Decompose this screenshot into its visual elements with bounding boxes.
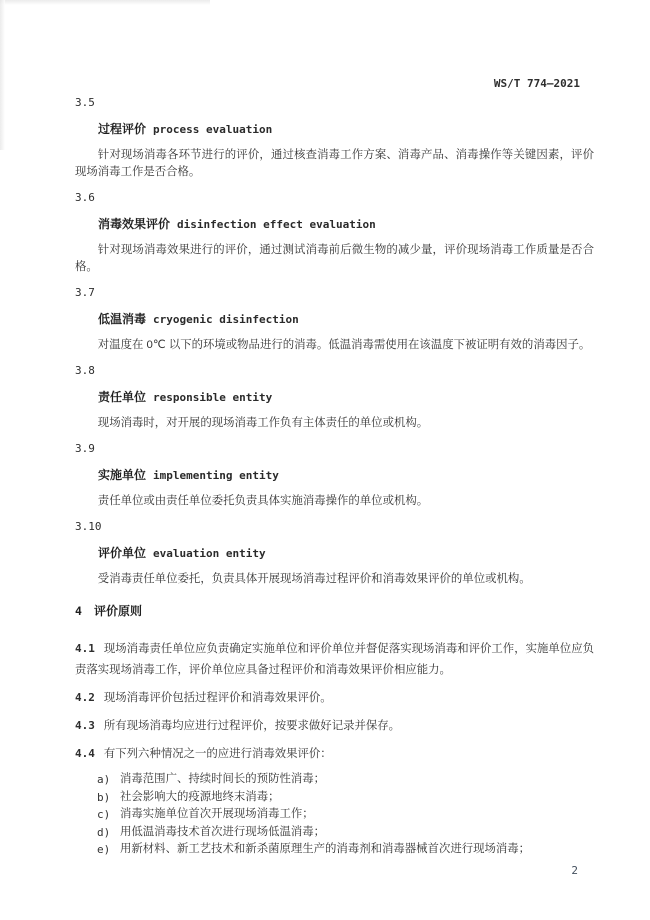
term-title: 责任单位responsible entity [75,389,594,406]
term-zh: 评价单位 [98,546,146,560]
list-marker: b) [97,789,120,807]
terms-section: 3.5 过程评价process evaluation 针对现场消毒各环节进行的评… [75,96,594,588]
list-text: 用低温消毒技术首次进行现场低温消毒； [120,824,325,842]
term-zh: 责任单位 [98,390,146,404]
term-definition: 受消毒责任单位委托，负责具体开展现场消毒过程评价和消毒效果评价的单位或机构。 [75,571,594,588]
list-marker: e) [97,841,120,859]
list-item-d: d)用低温消毒技术首次进行现场低温消毒； [75,824,594,842]
term-entry-3-7: 3.7 低温消毒cryogenic disinfection 对温度在 0℃ 以… [75,286,594,354]
term-definition: 针对现场消毒各环节进行的评价，通过核查消毒工作方案、消毒产品、消毒操作等关键因素… [75,147,594,181]
term-entry-3-10: 3.10 评价单位evaluation entity 受消毒责任单位委托，负责具… [75,520,594,588]
list-item-b: b)社会影响大的疫源地终末消毒； [75,789,594,807]
term-number: 3.10 [75,520,594,534]
term-definition: 现场消毒时，对开展的现场消毒工作负有主体责任的单位或机构。 [75,415,594,432]
list-item-a: a)消毒范围广、持续时间长的预防性消毒； [75,771,594,789]
section-4-heading: 4评价原则 [75,603,594,619]
term-zh: 实施单位 [98,468,146,482]
standard-code-header: WS/T 774—2021 [75,78,594,90]
term-title: 过程评价process evaluation [75,121,594,138]
list-text: 消毒实施单位首次开展现场消毒工作； [120,806,314,824]
condition-list: a)消毒范围广、持续时间长的预防性消毒； b)社会影响大的疫源地终末消毒； c)… [75,771,594,859]
list-text: 消毒范围广、持续时间长的预防性消毒； [120,771,325,789]
clause-4-3: 4.3所有现场消毒均应进行过程评价，按要求做好记录并保存。 [75,715,594,737]
term-number: 3.6 [75,191,594,205]
term-number: 3.9 [75,442,594,456]
term-title: 低温消毒cryogenic disinfection [75,311,594,328]
term-number: 3.7 [75,286,594,300]
clause-number: 4.1 [75,642,95,655]
clause-text: 所有现场消毒均应进行过程评价，按要求做好记录并保存。 [104,720,400,732]
list-marker: a) [97,771,120,789]
term-title: 消毒效果评价disinfection effect evaluation [75,216,594,233]
term-number: 3.8 [75,364,594,378]
term-entry-3-9: 3.9 实施单位implementing entity 责任单位或由责任单位委托… [75,442,594,510]
list-item-c: c)消毒实施单位首次开展现场消毒工作； [75,806,594,824]
section-title: 评价原则 [94,604,142,618]
list-item-e: e)用新材料、新工艺技术和新杀菌原理生产的消毒剂和消毒器械首次进行现场消毒； [75,841,594,859]
clause-text: 现场消毒责任单位应负责确定实施单位和评价单位并督促落实现场消毒和评价工作，实施单… [75,643,594,676]
term-en: disinfection effect evaluation [177,218,376,231]
term-entry-3-6: 3.6 消毒效果评价disinfection effect evaluation… [75,191,594,276]
page-number: 2 [75,864,594,877]
term-en: cryogenic disinfection [153,313,299,326]
term-definition: 对温度在 0℃ 以下的环境或物品进行的消毒。低温消毒需使用在该温度下被证明有效的… [75,337,594,354]
clause-number: 4.2 [75,691,95,704]
document-page: WS/T 774—2021 3.5 过程评价process evaluation… [0,0,650,920]
clause-text: 现场消毒评价包括过程评价和消毒效果评价。 [104,692,332,704]
list-marker: d) [97,824,120,842]
list-text: 用新材料、新工艺技术和新杀菌原理生产的消毒剂和消毒器械首次进行现场消毒； [120,841,530,859]
term-title: 实施单位implementing entity [75,467,594,484]
term-en: process evaluation [153,123,272,136]
term-zh: 低温消毒 [98,312,146,326]
term-en: responsible entity [153,391,272,404]
term-zh: 过程评价 [98,122,146,136]
page-edge-shadow-left [0,0,5,150]
section-number: 4 [75,604,82,618]
page-edge-shadow-top [0,0,210,5]
clause-text: 有下列六种情况之一的应进行消毒效果评价： [104,748,332,760]
section-4-body: 4.1现场消毒责任单位应负责确定实施单位和评价单位并督促落实现场消毒和评价工作，… [75,638,594,859]
term-definition: 责任单位或由责任单位委托负责具体实施消毒操作的单位或机构。 [75,493,594,510]
clause-4-2: 4.2现场消毒评价包括过程评价和消毒效果评价。 [75,687,594,709]
clause-4-4: 4.4有下列六种情况之一的应进行消毒效果评价： [75,743,594,765]
clause-4-1: 4.1现场消毒责任单位应负责确定实施单位和评价单位并督促落实现场消毒和评价工作，… [75,638,594,681]
term-number: 3.5 [75,96,594,110]
term-entry-3-8: 3.8 责任单位responsible entity 现场消毒时，对开展的现场消… [75,364,594,432]
term-en: evaluation entity [153,547,266,560]
clause-number: 4.3 [75,719,95,732]
term-zh: 消毒效果评价 [98,217,170,231]
term-title: 评价单位evaluation entity [75,545,594,562]
term-en: implementing entity [153,469,279,482]
list-text: 社会影响大的疫源地终末消毒； [120,789,279,807]
term-entry-3-5: 3.5 过程评价process evaluation 针对现场消毒各环节进行的评… [75,96,594,181]
list-marker: c) [97,806,120,824]
clause-number: 4.4 [75,747,95,760]
term-definition: 针对现场消毒效果进行的评价，通过测试消毒前后微生物的减少量，评价现场消毒工作质量… [75,242,594,276]
